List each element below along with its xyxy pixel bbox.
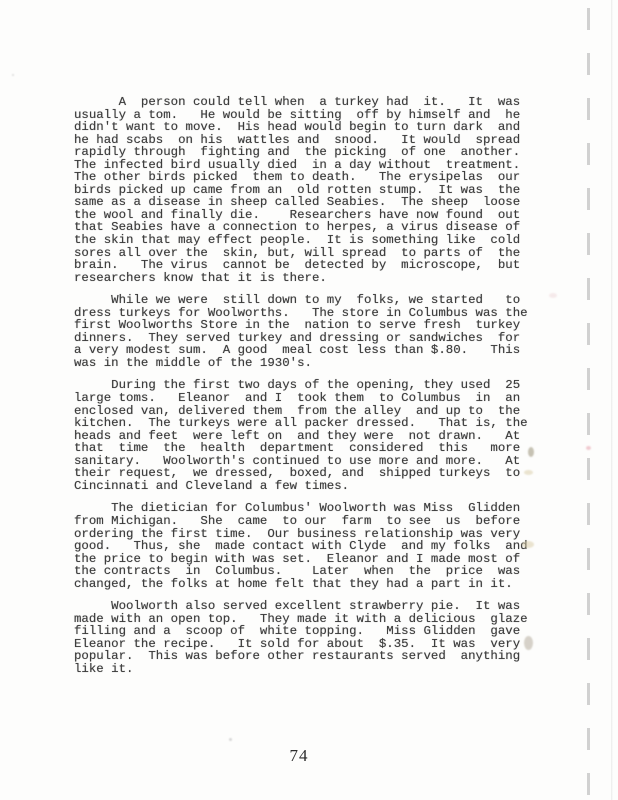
scanned-page: A person could tell when a turkey had it… <box>0 0 618 800</box>
scan-speck <box>229 738 232 741</box>
scan-speck <box>524 636 533 650</box>
paragraph: A person could tell when a turkey had it… <box>74 96 536 284</box>
scan-speck <box>522 541 534 548</box>
paper-edge-shadow <box>611 0 613 800</box>
paragraph: While we were still down to my folks, we… <box>74 294 536 369</box>
scan-speck <box>528 447 534 457</box>
scan-speck <box>524 470 533 475</box>
scan-speck <box>12 74 14 76</box>
scan-speck <box>586 446 591 450</box>
paragraph: Woolworth also served excellent strawber… <box>74 600 536 675</box>
paragraph: The dietician for Columbus' Woolworth wa… <box>74 502 536 590</box>
binding-shadow-dashed-line <box>587 0 590 800</box>
body-text: A person could tell when a turkey had it… <box>74 96 536 686</box>
paragraph: During the first two days of the opening… <box>74 379 536 492</box>
page-number: 74 <box>0 746 598 766</box>
scan-speck <box>549 293 557 298</box>
